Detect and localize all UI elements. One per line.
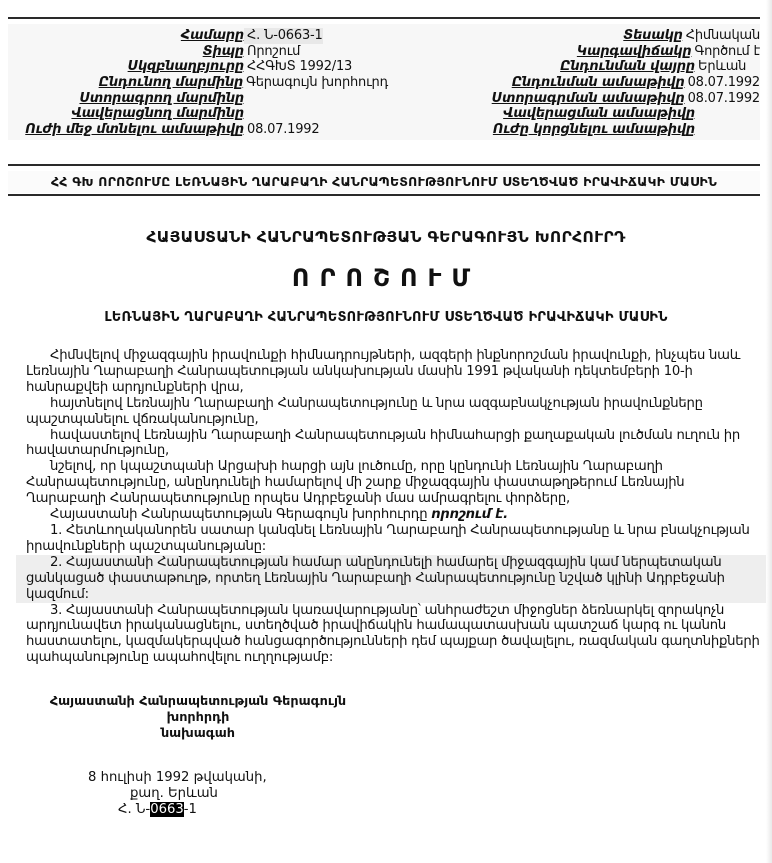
- metadata-label[interactable]: Ուժի մեջ մտնելու ամսաթիվը: [8, 122, 244, 138]
- signatory-position: նախագահ: [18, 726, 378, 742]
- metadata-value: 08.07.1992: [685, 91, 760, 107]
- footer-place: քաղ. Երևան: [88, 786, 267, 802]
- signatory-title: Հայաստանի Հանրապետության Գերագույն խորհր…: [18, 694, 378, 726]
- metadata-value: 08.07.1992: [685, 75, 760, 91]
- metadata-label[interactable]: Համարը: [8, 28, 244, 44]
- metadata-row-adoption-place: Ընդունման վայրը Երևան: [384, 59, 760, 75]
- metadata-row-ratifying-body: Վավերացնող մարմինը: [8, 106, 388, 122]
- document-type-title: ՈՐՈՇՈՒՄ: [0, 264, 772, 292]
- metadata-label[interactable]: Ընդունման ամսաթիվը: [384, 75, 685, 91]
- document-subject: ԼԵՌՆԱՅԻՆ ՂԱՐԱԲԱՂԻ ՀԱՆՐԱՊԵՏՈՒԹՅՈՒՆՈՒՄ ՍՏԵ…: [0, 310, 772, 325]
- metadata-row-adopting-body: Ընդունող մարմինը Գերագույն խորհուրդ: [8, 75, 388, 91]
- metadata-row-source: Սկզբնաղբյուրը ՀՀԳԽՏ 1992/13: [8, 59, 388, 75]
- metadata-row-number: Համարը Հ. Ն-0663-1: [8, 28, 388, 44]
- metadata-value: Հիմնական: [683, 28, 760, 44]
- metadata-label[interactable]: Ստորագրման ամսաթիվը: [384, 91, 685, 107]
- footer-date: 8 հուլիսի 1992 թվականի,: [88, 770, 267, 786]
- metadata-row-status: Կարգավիճակը Գործում է: [384, 44, 760, 60]
- metadata-bottom-rule: [8, 164, 760, 166]
- number-prefix: Հ. Ն-: [118, 802, 150, 817]
- top-rule: [8, 17, 760, 19]
- metadata-row-type: Տիպը Որոշում: [8, 44, 388, 60]
- metadata-left-column: Համարը Հ. Ն-0663-1 Տիպը Որոշում Սկզբնաղբ…: [8, 28, 388, 138]
- preamble-paragraph: Հիմնվելով միջազգային իրավունքի հիմնադրու…: [26, 348, 762, 396]
- metadata-label[interactable]: Սկզբնաղբյուրը: [8, 59, 244, 75]
- metadata-value: [244, 106, 247, 122]
- metadata-label[interactable]: Տեսակը: [384, 28, 683, 44]
- document-body: Հիմնվելով միջազգային իրավունքի հիմնադրու…: [26, 348, 762, 666]
- metadata-value: Գործում է: [691, 44, 760, 60]
- metadata-panel: Համարը Հ. Ն-0663-1 Տիպը Որոշում Սկզբնաղբ…: [8, 24, 760, 140]
- metadata-label[interactable]: Վավերացման ամսաթիվը: [384, 106, 695, 122]
- metadata-value: Գերագույն խորհուրդ: [243, 75, 388, 91]
- number-selected-text[interactable]: 0663: [150, 802, 184, 817]
- metadata-row-effective-date: Ուժի մեջ մտնելու ամսաթիվը 08.07.1992: [8, 122, 388, 138]
- issuing-authority: ՀԱՅԱՍՏԱՆԻ ՀԱՆՐԱՊԵՏՈՒԹՅԱՆ ԳԵՐԱԳՈՒՅՆ ԽՈՐՀՈ…: [0, 228, 772, 246]
- document-footer: 8 հուլիսի 1992 թվականի, քաղ. Երևան Հ. Ն-…: [88, 770, 267, 818]
- metadata-value: ՀՀԳԽՏ 1992/13: [244, 59, 352, 75]
- metadata-label[interactable]: Տիպը: [8, 44, 244, 60]
- metadata-row-expiry-date: Ուժը կորցնելու ամսաթիվը: [384, 122, 760, 138]
- resolution-verb: որոշում է.: [431, 507, 508, 522]
- metadata-row-ratification-date: Վավերացման ամսաթիվը: [384, 106, 760, 122]
- metadata-label[interactable]: Ստորագրող մարմինը: [8, 91, 244, 107]
- resolution-point-3: 3. Հայաստանի Հանրապետության կառավարությա…: [26, 603, 762, 667]
- signature-block: Հայաստանի Հանրապետության Գերագույն խորհր…: [18, 694, 378, 742]
- metadata-value: [244, 91, 247, 107]
- metadata-value: Որոշում: [244, 44, 300, 60]
- footer-document-number: Հ. Ն-0663-1: [88, 802, 267, 818]
- number-suffix: -1: [184, 802, 197, 817]
- document-banner-title: ՀՀ ԳԽ ՈՐՈՇՈՒՄԸ ԼԵՌՆԱՅԻՆ ՂԱՐԱԲԱՂԻ ՀԱՆՐԱՊԵ…: [8, 171, 760, 193]
- resolution-point-1: 1. Հետևողականորեն սատար կանգնել Լեռնային…: [26, 523, 762, 555]
- preamble-paragraph: հայտնելով Լեռնային Ղարաբաղի Հանրապետությ…: [26, 396, 762, 428]
- metadata-value: [695, 122, 698, 138]
- metadata-label[interactable]: Ընդունման վայրը: [384, 59, 695, 75]
- metadata-row-signing-body: Ստորագրող մարմինը: [8, 91, 388, 107]
- preamble-paragraph: նշելով, որ կպաշտպանի Արցախի հարցի այն լո…: [26, 459, 762, 507]
- metadata-row-kind: Տեսակը Հիմնական: [384, 28, 760, 44]
- banner-bottom-rule: [8, 194, 760, 196]
- metadata-row-adoption-date: Ընդունման ամսաթիվը 08.07.1992: [384, 75, 760, 91]
- metadata-label[interactable]: Ուժը կորցնելու ամսաթիվը: [384, 122, 695, 138]
- preamble-paragraph: հավաստելով Լեռնային Ղարաբաղի Հանրապետութ…: [26, 428, 762, 460]
- resolution-subject: Հայաստանի Հանրապետության Գերագույն խորհո…: [50, 507, 427, 522]
- metadata-value: 08.07.1992: [244, 122, 319, 138]
- resolution-statement: Հայաստանի Հանրապետության Գերագույն խորհո…: [26, 507, 762, 523]
- resolution-point-2: 2. Հայաստանի Հանրապետության համար անընդո…: [16, 555, 770, 603]
- metadata-right-column: Տեսակը Հիմնական Կարգավիճակը Գործում է Ըն…: [384, 28, 760, 138]
- metadata-row-signing-date: Ստորագրման ամսաթիվը 08.07.1992: [384, 91, 760, 107]
- page-right-edge: [766, 0, 772, 863]
- metadata-label[interactable]: Կարգավիճակը: [384, 44, 691, 60]
- metadata-label[interactable]: Վավերացնող մարմինը: [8, 106, 244, 122]
- metadata-value: Երևան: [695, 59, 746, 75]
- metadata-value: Հ. Ն-0663-1: [244, 28, 323, 44]
- metadata-value: [695, 106, 698, 122]
- metadata-label[interactable]: Ընդունող մարմինը: [8, 75, 243, 91]
